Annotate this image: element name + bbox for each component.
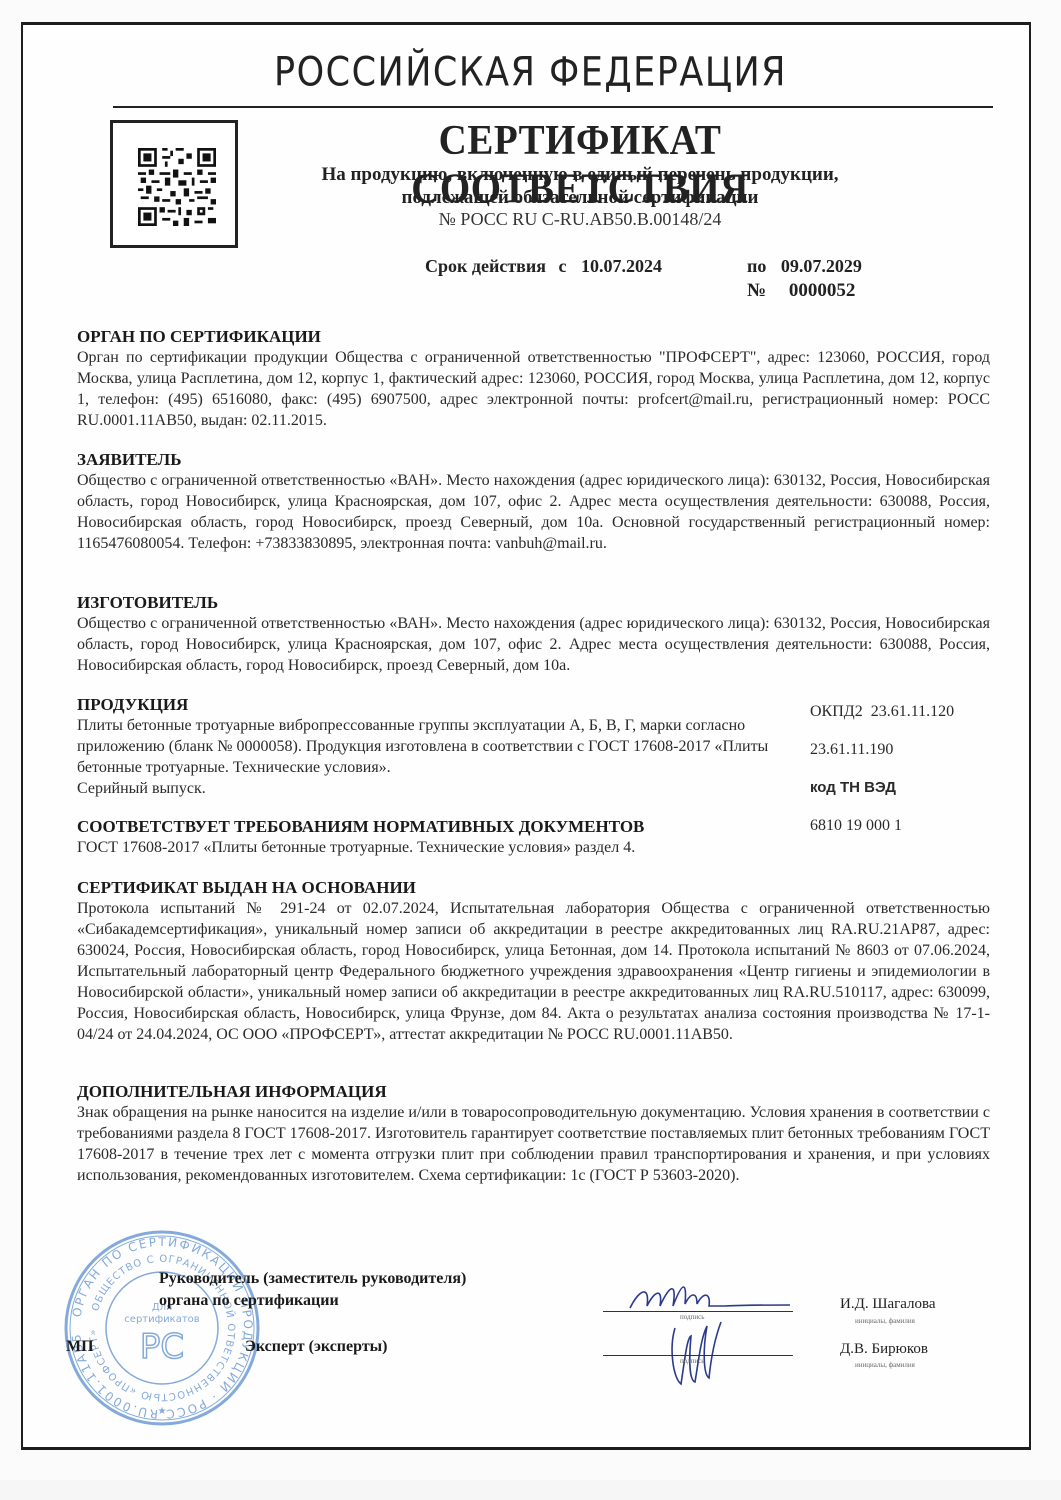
validity-from: Срок действия с 10.07.2024 xyxy=(425,256,662,277)
section-text: Плиты бетонные тротуарные вибропрессован… xyxy=(77,715,777,778)
section-heading: ОРГАН ПО СЕРТИФИКАЦИИ xyxy=(77,327,990,347)
okpd2-code-2: 23.61.11.190 xyxy=(810,741,1010,779)
name-caption: инициалы, фамилия xyxy=(855,1361,915,1369)
svg-text:PC: PC xyxy=(140,1327,184,1367)
section-heading: ПРОДУКЦИЯ xyxy=(77,695,777,715)
section-heading: СООТВЕТСТВУЕТ ТРЕБОВАНИЯМ НОРМАТИВНЫХ ДО… xyxy=(77,817,990,837)
okpd2-value-1: 23.61.11.120 xyxy=(871,703,954,720)
expert-name: Д.В. Бирюков xyxy=(840,1341,928,1358)
to-label: по xyxy=(747,256,766,276)
okpd2-code-1: ОКПД2 23.61.11.120 xyxy=(810,703,1010,741)
section-text: Орган по сертификации продукции Общества… xyxy=(77,347,990,431)
serial-release: Серийный выпуск. xyxy=(77,778,777,799)
qr-code[interactable] xyxy=(110,120,238,248)
validity-label: Срок действия xyxy=(425,256,546,276)
head-signature-line xyxy=(603,1311,793,1312)
valid-from-date: 10.07.2024 xyxy=(581,256,662,276)
section-text: Общество с ограниченной ответственностью… xyxy=(77,470,990,554)
validity-to: по 09.07.2029 xyxy=(747,256,862,277)
seal-label: МП xyxy=(66,1338,94,1356)
qr-code-icon xyxy=(138,148,216,226)
section-heading: ДОПОЛНИТЕЛЬНАЯ ИНФОРМАЦИЯ xyxy=(77,1082,990,1102)
svg-text:★: ★ xyxy=(158,1406,167,1417)
section-heading: ЗАЯВИТЕЛЬ xyxy=(77,450,990,470)
header-divider xyxy=(113,106,993,108)
section-manufacturer: ИЗГОТОВИТЕЛЬ Общество с ограниченной отв… xyxy=(77,593,990,676)
section-basis: СЕРТИФИКАТ ВЫДАН НА ОСНОВАНИИ Протокола … xyxy=(77,878,990,1045)
section-text: ГОСТ 17608-2017 «Плиты бетонные тротуарн… xyxy=(77,837,990,858)
okpd2-label: ОКПД2 xyxy=(810,703,863,720)
certificate-number: № РОСС RU С-RU.АВ50.В.00148/24 xyxy=(250,209,910,230)
certificate-subtitle: На продукцию, включенную в единый перече… xyxy=(250,163,910,209)
blank-number-value: 0000052 xyxy=(789,280,856,301)
section-applicant: ЗАЯВИТЕЛЬ Общество с ограниченной ответс… xyxy=(77,450,990,554)
subtitle-line-2: подлежащей обязательной сертификации xyxy=(250,186,910,209)
from-label: с xyxy=(559,256,567,276)
head-signature xyxy=(625,1278,795,1314)
expert-label: Эксперт (эксперты) xyxy=(245,1338,388,1356)
head-label-line-2: органа по сертификации xyxy=(159,1290,466,1312)
section-text: Протокола испытаний № 291-24 от 02.07.20… xyxy=(77,898,990,1045)
country-heading: РОССИЙСКАЯ ФЕДЕРАЦИЯ xyxy=(0,50,1061,96)
name-caption: инициалы, фамилия xyxy=(855,1317,915,1325)
signature-caption: подпись xyxy=(680,1357,704,1365)
section-cert-body: ОРГАН ПО СЕРТИФИКАЦИИ Орган по сертифика… xyxy=(77,327,990,431)
head-signatory-label: Руководитель (заместитель руководителя) … xyxy=(159,1268,466,1312)
tnved-label: код ТН ВЭД xyxy=(810,779,1010,817)
head-name: И.Д. Шагалова xyxy=(840,1296,936,1313)
subtitle-line-1: На продукцию, включенную в единый перече… xyxy=(250,163,910,186)
expert-signature xyxy=(665,1318,725,1390)
section-compliance: СООТВЕТСТВУЕТ ТРЕБОВАНИЯМ НОРМАТИВНЫХ ДО… xyxy=(77,817,990,858)
blank-number: № 0000052 xyxy=(747,280,855,302)
valid-to-date: 09.07.2029 xyxy=(781,256,862,276)
seal-stamp: ОРГАН ПО СЕРТИФИКАЦИИ ПРОДУКЦИИ · РОСС R… xyxy=(62,1228,262,1428)
section-heading: СЕРТИФИКАТ ВЫДАН НА ОСНОВАНИИ xyxy=(77,878,990,898)
svg-text:сертификатов: сертификатов xyxy=(124,1314,199,1325)
section-heading: ИЗГОТОВИТЕЛЬ xyxy=(77,593,990,613)
section-text: Общество с ограниченной ответственностью… xyxy=(77,613,990,676)
section-product: ПРОДУКЦИЯ Плиты бетонные тротуарные вибр… xyxy=(77,695,777,799)
expert-signature-line xyxy=(603,1355,793,1356)
blank-number-label: № xyxy=(747,280,766,301)
section-text: Знак обращения на рынке наносится на изд… xyxy=(77,1102,990,1186)
section-additional: ДОПОЛНИТЕЛЬНАЯ ИНФОРМАЦИЯ Знак обращения… xyxy=(77,1082,990,1186)
head-label-line-1: Руководитель (заместитель руководителя) xyxy=(159,1268,466,1290)
